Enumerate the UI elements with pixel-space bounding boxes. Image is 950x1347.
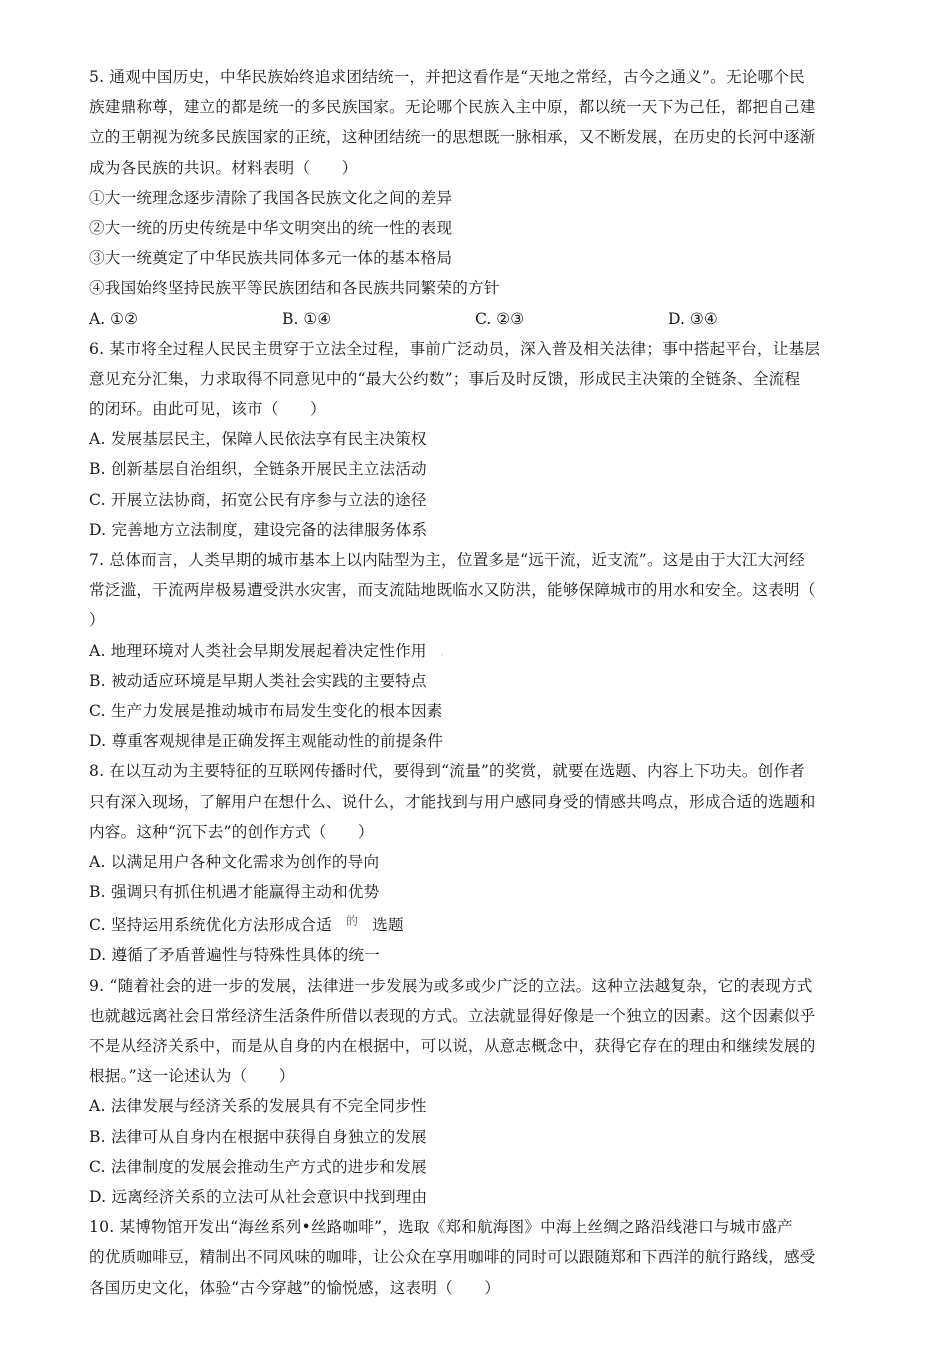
option-b: B. 被动适应环境是早期人类社会实践的主要特点: [89, 666, 861, 696]
question-stem-line: 根据。”这一论述认为（ ）: [89, 1061, 861, 1091]
option-b: B. 创新基层自治组织，全链条开展民主立法活动: [89, 454, 861, 484]
question-stem-line: 7. 总体而言，人类早期的城市基本上以内陆型为主，位置多是“远干流，近支流”。这…: [89, 545, 861, 575]
option-a: A. 发展基层民主，保障人民依法享有民主决策权: [89, 424, 861, 454]
option-c: C. 生产力发展是推动城市布局发生变化的根本因素: [89, 696, 861, 726]
question-stem-line: 族建鼎称尊，建立的都是统一的多民族国家。无论哪个民族入主中原，都以统一天下为己任…: [89, 92, 861, 122]
option-d: D. ③④: [668, 304, 861, 334]
option-d: D. 完善地方立法制度，建设完备的法律服务体系: [89, 515, 861, 545]
question-stem-line: ）: [89, 605, 861, 635]
floating-character: 的: [346, 906, 358, 936]
option-b: B. 强调只有抓住机遇才能赢得主动和优势: [89, 877, 861, 907]
question-10: 10. 某博物馆开发出“海丝系列•丝路咖啡”，选取《郑和航海图》中海上丝绸之路沿…: [89, 1212, 861, 1303]
statement-2: ②大一统的历史传统是中华文明突出的统一性的表现: [89, 213, 861, 243]
question-stem-line: 8. 在以互动为主要特征的互联网传播时代，要得到“流量”的奖赏，就要在选题、内容…: [89, 756, 861, 786]
question-stem-line: 成为各民族的共识。材料表明（ ）: [89, 153, 861, 183]
question-9: 9. “随着社会的进一步的发展，法律进一步发展为或多或少广泛的立法。这种立法越复…: [89, 971, 861, 1213]
statement-1: ①大一统理念逐步清除了我国各民族文化之间的差异: [89, 183, 861, 213]
question-6: 6. 某市将全过程人民民主贯穿于立法全过程，事前广泛动员，深入普及相关法律；事中…: [89, 334, 861, 545]
question-stem-line: 意见充分汇集，力求取得不同意见中的“最大公约数”；事后及时反馈，形成民主决策的全…: [89, 364, 861, 394]
question-stem-line: 也就越远离社会日常经济生活条件所借以表现的方式。立法就显得好像是一个独立的因素。…: [89, 1001, 861, 1031]
question-stem-line: 6. 某市将全过程人民民主贯穿于立法全过程，事前广泛动员，深入普及相关法律；事中…: [89, 334, 861, 364]
question-5: 5. 通观中国历史，中华民族始终追求团结统一，并把这看作是“天地之常经，古今之通…: [89, 62, 861, 334]
question-stem-line: 立的王朝视为统多民族国家的正统，这种团结统一的思想既一脉相承，又不断发展，在历史…: [89, 122, 861, 152]
answer-options-row: A. ①② B. ①④ C. ②③ D. ③④: [89, 304, 861, 334]
option-a: A. 法律发展与经济关系的发展具有不完全同步性: [89, 1091, 861, 1121]
option-a-text: A. 地理环境对人类社会早期发展起着决定性作用: [89, 642, 427, 660]
question-stem-line: 各国历史文化，体验“古今穿越”的愉悦感，这表明（ ）: [89, 1273, 861, 1303]
option-c-tail: 选题: [372, 916, 404, 934]
option-c: C. ②③: [475, 304, 668, 334]
option-d: D. 遵循了矛盾普遍性与特殊性具体的统一: [89, 940, 861, 970]
question-stem-line: 的闭环。由此可见，该市（ ）: [89, 394, 861, 424]
option-d: D. 尊重客观规律是正确发挥主观能动性的前提条件: [89, 726, 861, 756]
stray-mark: ·: [441, 641, 444, 671]
question-stem-line: 10. 某博物馆开发出“海丝系列•丝路咖啡”，选取《郑和航海图》中海上丝绸之路沿…: [89, 1212, 861, 1242]
option-a: A. 地理环境对人类社会早期发展起着决定性作用·: [89, 636, 861, 666]
question-stem-line: 内容。这种“沉下去”的创作方式（ ）: [89, 817, 861, 847]
question-stem-line: 5. 通观中国历史，中华民族始终追求团结统一，并把这看作是“天地之常经，古今之通…: [89, 62, 861, 92]
statement-3: ③大一统奠定了中华民族共同体多元一体的基本格局: [89, 243, 861, 273]
option-c: C. 法律制度的发展会推动生产方式的进步和发展: [89, 1152, 861, 1182]
question-7: 7. 总体而言，人类早期的城市基本上以内陆型为主，位置多是“远干流，近支流”。这…: [89, 545, 861, 756]
question-8: 8. 在以互动为主要特征的互联网传播时代，要得到“流量”的奖赏，就要在选题、内容…: [89, 756, 861, 970]
question-stem-line: 不是从经济关系中，而是从自身的内在根据中，可以说，从意志概念中，获得它存在的理由…: [89, 1031, 861, 1061]
option-c: C. 开展立法协商，拓宽公民有序参与立法的途径: [89, 485, 861, 515]
option-c: C. 坚持运用系统优化方法形成合适的选题: [89, 910, 861, 940]
question-stem-line: 常泛滥，干流两岸极易遭受洪水灾害，而支流陆地既临水又防洪，能够保障城市的用水和安…: [89, 575, 861, 605]
option-b: B. 法律可从自身内在根据中获得自身独立的发展: [89, 1122, 861, 1152]
statement-4: ④我国始终坚持民族平等民族团结和各民族共同繁荣的方针: [89, 273, 861, 303]
option-b: B. ①④: [282, 304, 475, 334]
option-c-text: C. 坚持运用系统优化方法形成合适: [89, 916, 332, 934]
option-a: A. 以满足用户各种文化需求为创作的导向: [89, 847, 861, 877]
option-d: D. 远离经济关系的立法可从社会意识中找到理由: [89, 1182, 861, 1212]
exam-page: 5. 通观中国历史，中华民族始终追求团结统一，并把这看作是“天地之常经，古今之通…: [89, 62, 861, 1303]
question-stem-line: 9. “随着社会的进一步的发展，法律进一步发展为或多或少广泛的立法。这种立法越复…: [89, 971, 861, 1001]
question-stem-line: 只有深入现场，了解用户在想什么、说什么，才能找到与用户感同身受的情感共鸣点，形成…: [89, 787, 861, 817]
option-a: A. ①②: [89, 304, 282, 334]
question-stem-line: 的优质咖啡豆，精制出不同风味的咖啡，让公众在享用咖啡的同时可以跟随郑和下西洋的航…: [89, 1242, 861, 1272]
